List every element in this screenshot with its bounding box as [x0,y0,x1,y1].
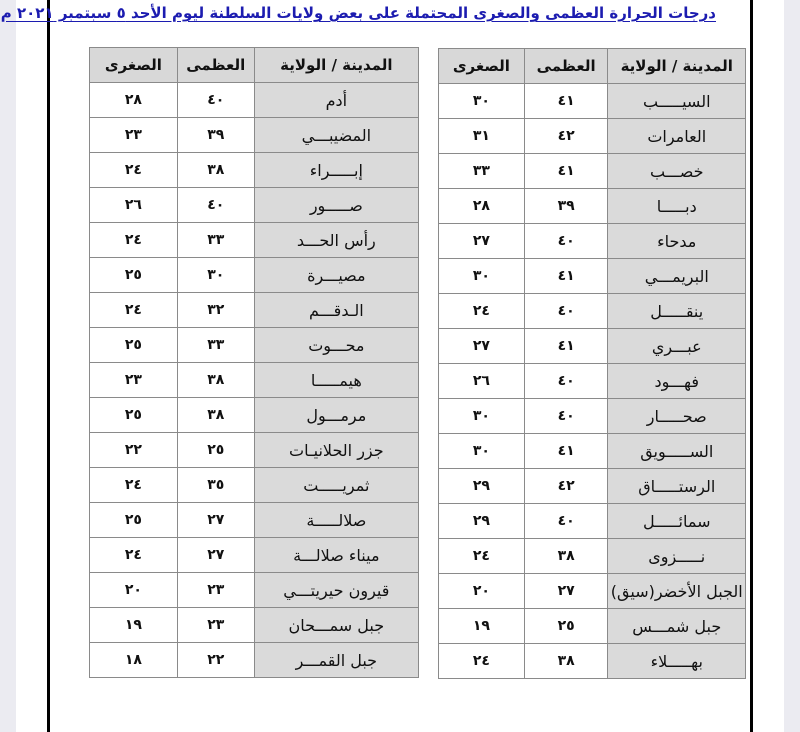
city-cell: الـدقـــم [254,293,418,328]
city-cell: الجبل الأخضر(سيق) [608,574,746,609]
min-temp-cell: ١٩ [90,608,178,643]
min-temp-cell: ٢٦ [439,364,525,399]
min-temp-cell: ٢٨ [439,189,525,224]
max-temp-cell: ٤٢ [524,469,608,504]
table-row: محـــوت٣٣٢٥ [90,328,419,363]
max-temp-cell: ٤٠ [177,188,254,223]
max-temp-cell: ٤٠ [524,224,608,259]
city-cell: جزر الحلانيـات [254,433,418,468]
header-max: العظمى [524,49,608,84]
table-row: الرستـــــاق٤٢٢٩ [439,469,746,504]
min-temp-cell: ٢٢ [90,433,178,468]
max-temp-cell: ٤٠ [177,83,254,118]
max-temp-cell: ٤١ [524,154,608,189]
min-temp-cell: ٢٥ [90,328,178,363]
table-row: المضيبـــي٣٩٢٣ [90,118,419,153]
table-row: الـدقـــم٣٢٢٤ [90,293,419,328]
city-cell: المضيبـــي [254,118,418,153]
table-row: سمائـــــل٤٠٢٩ [439,504,746,539]
max-temp-cell: ٤٠ [524,399,608,434]
city-cell: رأس الحـــد [254,223,418,258]
table-row: بهـــــلاء٣٨٢٤ [439,644,746,679]
table-row: صلالـــــة٢٧٢٥ [90,503,419,538]
min-temp-cell: ٢٨ [90,83,178,118]
city-cell: جبل سمـــحان [254,608,418,643]
table-row: الســـــويق٤١٣٠ [439,434,746,469]
table-row: الجبل الأخضر(سيق)٢٧٢٠ [439,574,746,609]
table-row: أدم٤٠٢٨ [90,83,419,118]
table-row: صحـــــار٤٠٣٠ [439,399,746,434]
header-min: الصغرى [90,48,178,83]
table-header-row: المدينة / الولاية العظمى الصغرى [439,49,746,84]
city-cell: خصـــب [608,154,746,189]
city-cell: جبل القمـــر [254,643,418,678]
max-temp-cell: ٤١ [524,329,608,364]
table-header-row: المدينة / الولاية العظمى الصغرى [90,48,419,83]
city-cell: ميناء صلالـــة [254,538,418,573]
temperature-table-right: المدينة / الولاية العظمى الصغرى السيــــ… [438,48,746,679]
max-temp-cell: ٤٢ [524,119,608,154]
min-temp-cell: ٢٧ [439,329,525,364]
min-temp-cell: ٢٦ [90,188,178,223]
table-row: قيرون حيريتـــي٢٣٢٠ [90,573,419,608]
min-temp-cell: ٢٩ [439,504,525,539]
city-cell: إبـــــراء [254,153,418,188]
table-row: ثمريـــــت٣٥٢٤ [90,468,419,503]
city-cell: ينقـــــل [608,294,746,329]
city-cell: صلالـــــة [254,503,418,538]
city-cell: مدحاء [608,224,746,259]
min-temp-cell: ٢٤ [90,293,178,328]
max-temp-cell: ٣٨ [524,644,608,679]
table-row: إبـــــراء٣٨٢٤ [90,153,419,188]
city-cell: سمائـــــل [608,504,746,539]
document-title: درجات الحرارة العظمى والصغرى المحتملة عل… [80,4,716,30]
max-temp-cell: ٣٠ [177,258,254,293]
table-row: فهـــود٤٠٢٦ [439,364,746,399]
city-cell: ثمريـــــت [254,468,418,503]
table-row: مصيـــرة٣٠٢٥ [90,258,419,293]
table-row: مرمـــول٣٨٢٥ [90,398,419,433]
min-temp-cell: ١٩ [439,609,525,644]
min-temp-cell: ٣٠ [439,434,525,469]
city-cell: مرمـــول [254,398,418,433]
header-city: المدينة / الولاية [608,49,746,84]
max-temp-cell: ٣٨ [177,398,254,433]
min-temp-cell: ١٨ [90,643,178,678]
max-temp-cell: ٣٣ [177,328,254,363]
max-temp-cell: ٢٧ [524,574,608,609]
max-temp-cell: ٣٩ [524,189,608,224]
table-row: خصـــب٤١٣٣ [439,154,746,189]
min-temp-cell: ٣٠ [439,259,525,294]
min-temp-cell: ٣٠ [439,84,525,119]
table-row: البريمـــي٤١٣٠ [439,259,746,294]
max-temp-cell: ٢٧ [177,503,254,538]
max-temp-cell: ٢٢ [177,643,254,678]
max-temp-cell: ٣٣ [177,223,254,258]
city-cell: الرستـــــاق [608,469,746,504]
table-row: جزر الحلانيـات٢٥٢٢ [90,433,419,468]
temperature-table-left: المدينة / الولاية العظمى الصغرى أدم٤٠٢٨ا… [89,47,419,678]
min-temp-cell: ٣٣ [439,154,525,189]
city-cell: نـــــزوى [608,539,746,574]
city-cell: قيرون حيريتـــي [254,573,418,608]
city-cell: البريمـــي [608,259,746,294]
min-temp-cell: ٢٣ [90,118,178,153]
min-temp-cell: ٢٠ [439,574,525,609]
min-temp-cell: ٣٠ [439,399,525,434]
max-temp-cell: ٤٠ [524,504,608,539]
min-temp-cell: ٢٤ [439,539,525,574]
min-temp-cell: ٢٥ [90,398,178,433]
min-temp-cell: ٢٥ [90,503,178,538]
city-cell: صـــــور [254,188,418,223]
min-temp-cell: ٢٤ [90,223,178,258]
min-temp-cell: ٢٤ [90,468,178,503]
city-cell: الســـــويق [608,434,746,469]
table-row: السيـــــب٤١٣٠ [439,84,746,119]
max-temp-cell: ٤٠ [524,364,608,399]
table-row: جبل القمـــر٢٢١٨ [90,643,419,678]
table-row: ميناء صلالـــة٢٧٢٤ [90,538,419,573]
city-cell: هيمـــــا [254,363,418,398]
header-min: الصغرى [439,49,525,84]
min-temp-cell: ٢٤ [90,153,178,188]
max-temp-cell: ٣٥ [177,468,254,503]
min-temp-cell: ٢٤ [439,644,525,679]
city-cell: أدم [254,83,418,118]
max-temp-cell: ٣٢ [177,293,254,328]
min-temp-cell: ٣١ [439,119,525,154]
max-temp-cell: ٤١ [524,259,608,294]
header-max: العظمى [177,48,254,83]
max-temp-cell: ٤١ [524,84,608,119]
table-row: دبـــــا٣٩٢٨ [439,189,746,224]
max-temp-cell: ٤٠ [524,294,608,329]
max-temp-cell: ٢٣ [177,608,254,643]
city-cell: دبـــــا [608,189,746,224]
max-temp-cell: ٢٣ [177,573,254,608]
min-temp-cell: ٢٩ [439,469,525,504]
max-temp-cell: ٣٩ [177,118,254,153]
table-row: العامرات٤٢٣١ [439,119,746,154]
min-temp-cell: ٢٤ [439,294,525,329]
table-row: نـــــزوى٣٨٢٤ [439,539,746,574]
city-cell: فهـــود [608,364,746,399]
table-row: عبـــري٤١٢٧ [439,329,746,364]
max-temp-cell: ٤١ [524,434,608,469]
city-cell: صحـــــار [608,399,746,434]
table-row: ينقـــــل٤٠٢٤ [439,294,746,329]
max-temp-cell: ٢٥ [524,609,608,644]
min-temp-cell: ٢٧ [439,224,525,259]
min-temp-cell: ٢٠ [90,573,178,608]
city-cell: مصيـــرة [254,258,418,293]
table-row: رأس الحـــد٣٣٢٤ [90,223,419,258]
page-border-left [47,0,50,732]
min-temp-cell: ٢٣ [90,363,178,398]
min-temp-cell: ٢٤ [90,538,178,573]
table-row: جبل سمـــحان٢٣١٩ [90,608,419,643]
city-cell: محـــوت [254,328,418,363]
table-row: هيمـــــا٣٨٢٣ [90,363,419,398]
max-temp-cell: ٢٧ [177,538,254,573]
city-cell: السيـــــب [608,84,746,119]
table-row: مدحاء٤٠٢٧ [439,224,746,259]
header-city: المدينة / الولاية [254,48,418,83]
max-temp-cell: ٣٨ [524,539,608,574]
max-temp-cell: ٢٥ [177,433,254,468]
min-temp-cell: ٢٥ [90,258,178,293]
table-row: صـــــور٤٠٢٦ [90,188,419,223]
table-row: جبل شمـــس٢٥١٩ [439,609,746,644]
max-temp-cell: ٣٨ [177,153,254,188]
city-cell: العامرات [608,119,746,154]
city-cell: بهـــــلاء [608,644,746,679]
city-cell: جبل شمـــس [608,609,746,644]
max-temp-cell: ٣٨ [177,363,254,398]
city-cell: عبـــري [608,329,746,364]
page-border-right [750,0,753,732]
